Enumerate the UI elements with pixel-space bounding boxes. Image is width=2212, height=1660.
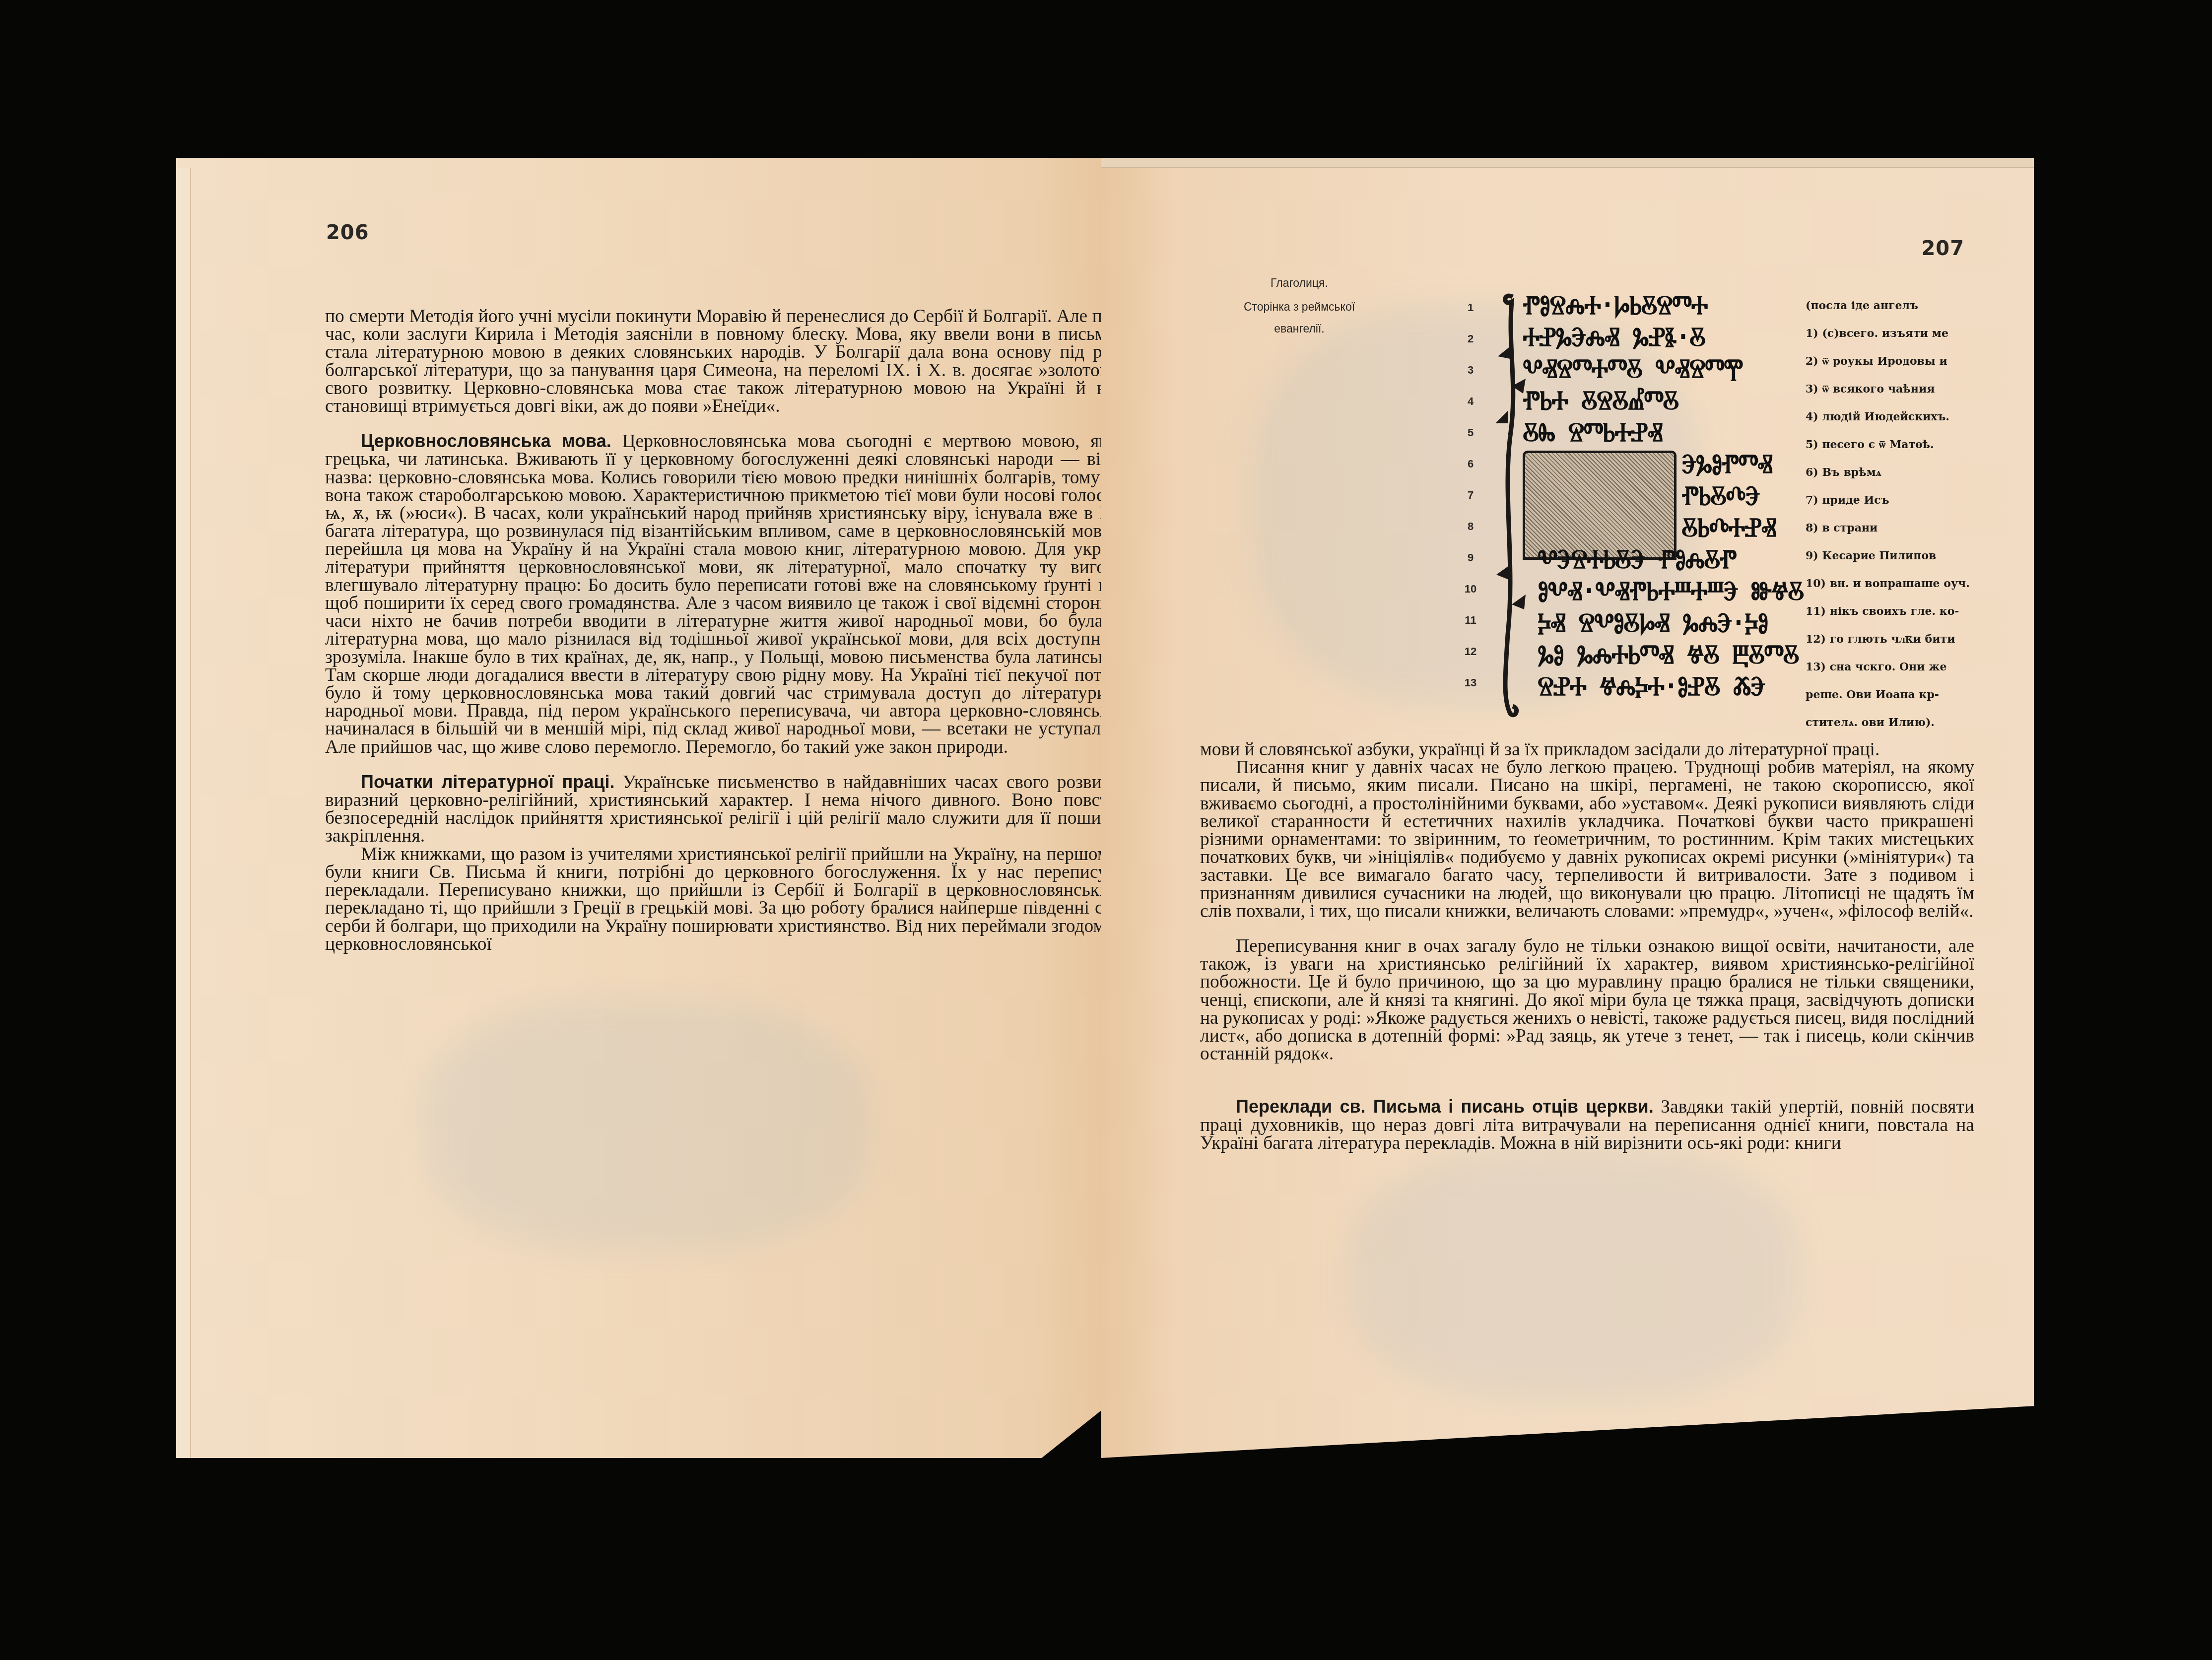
- open-book: 206 по смерти Методія його учні мусіли п…: [0, 0, 2212, 1660]
- section-heading: Переклади св. Письма і писань отців церк…: [1236, 1096, 1654, 1117]
- glagolitic-line: ⰍⰟ ⰔⰂⰑⰋⰘⰟ ⰃⰎⰅ·ⰍⰑ: [1538, 607, 1768, 638]
- page-number: 206: [326, 221, 369, 244]
- paragraph-text: Переписування книг в очах загалу було не…: [1200, 936, 1974, 1064]
- paragraph-text: по смерти Методія його учні мусіли покин…: [325, 306, 1164, 416]
- transcription-line: стителѧ. ови Илию).: [1806, 709, 1984, 736]
- line-number: 2: [1463, 323, 1478, 354]
- transcription-line: 2) ѿ роукы Иродовы и: [1806, 347, 1984, 375]
- line-number: 12: [1463, 636, 1478, 667]
- line-number: 7: [1463, 479, 1478, 511]
- glagolitic-line: ⰋⰈ ⰔⰕⰓⰀⰐⰟ: [1523, 417, 1662, 448]
- glagolitic-line: ⰃⰑ ⰃⰎⰀⰓⰕⰟ ⰝⰋ ⰁⰋⰕⰋ: [1538, 639, 1799, 670]
- line-number: 9: [1463, 542, 1478, 573]
- transcription-line: 1) (с)всего. изъяти ме: [1806, 320, 1984, 347]
- transcription-line: 9) Кесарие Пилипов: [1806, 542, 1984, 570]
- left-page-body: по смерти Методія його учні мусіли покин…: [325, 308, 1164, 953]
- transcription-line: 6) Въ врѣмѧ: [1806, 459, 1984, 486]
- glagolitic-line: ⰒⰓⰀ ⰋⰔⰋⰌⰕⰋ: [1523, 385, 1678, 416]
- glagolitic-text-image: ⰒⰑⰔⰎⰀ·ⰘⰓⰋⰔⰕⰀ ⰀⰐⰃⰅⰎⰟ ⰃⰐⰫ·Ⰻ ⰂⰟⰔⰕⰀⰕⰋ ⰂⰟⰔⰕⰉ …: [1483, 292, 1771, 719]
- transcription-line: 12) го глють чл͞ки бити: [1806, 625, 1984, 653]
- line-number: 4: [1463, 386, 1478, 417]
- glagolitic-line: ⰂⰟⰔⰕⰀⰕⰋ ⰂⰟⰔⰕⰉ: [1523, 353, 1743, 384]
- glagolitic-line: ⰒⰓⰋⰄⰅ: [1681, 480, 1759, 511]
- line-number: 6: [1463, 448, 1478, 479]
- figure-title: Глаголиця.: [1235, 272, 1364, 294]
- transcription-line: 5) несего є ѿ Матѳѣ.: [1806, 431, 1984, 459]
- paragraph: Переписування книг в очах загалу було не…: [1200, 937, 1974, 1063]
- glagolitic-line: ⰅⰃⰑⰒⰕⰟ: [1681, 449, 1772, 479]
- glagolitic-line: ⰔⰐⰀ ⰝⰎⰍⰀ·ⰑⰐⰋ ⰆⰅ: [1538, 671, 1765, 702]
- left-page: 206 по смерти Методія його учні мусіли п…: [176, 158, 1107, 1458]
- paragraph: Переклади св. Письма і писань отців церк…: [1200, 1098, 1974, 1152]
- transcription-line: 13) сна чскго. Они же: [1806, 653, 1984, 681]
- glagolitic-line: ⰋⰓⰄⰀⰐⰟ: [1681, 512, 1776, 543]
- paragraph-text: мови й словянської азбуки, українці й за…: [1200, 739, 1879, 760]
- line-number: 11: [1463, 604, 1478, 636]
- transcription-line: 3) ѿ всякого чаѣния: [1806, 375, 1984, 403]
- figure-caption: Глаголиця. Сторінка з реймської евангелі…: [1235, 272, 1364, 339]
- paragraph: мови й словянської азбуки, українці й за…: [1200, 741, 1974, 759]
- transcription-line: реше. Ови Иоана кр-: [1806, 681, 1984, 709]
- section-heading: Церковнословянська мова.: [361, 431, 611, 451]
- paragraph-text: Між книжками, що разом із учителями хрис…: [325, 844, 1164, 954]
- glagolitic-line: ⰒⰑⰔⰎⰀ·ⰘⰓⰋⰔⰕⰀ: [1523, 290, 1707, 321]
- section-heading: Початки літературної праці.: [361, 772, 614, 792]
- line-number: 8: [1463, 511, 1478, 542]
- paper-stain: [1349, 1150, 1796, 1398]
- glagolitic-manuscript-figure: Глаголиця. Сторінка з реймської евангелі…: [1235, 272, 1979, 729]
- paragraph: Церковнословянська мова. Церковнословянс…: [325, 432, 1164, 756]
- paragraph: по смерти Методія його учні мусіли покин…: [325, 308, 1164, 415]
- glagolitic-line: ⰑⰂⰟ·ⰂⰟⰒⰓⰀⰞⰀⰞⰅ ⰖⰝⰋ: [1538, 576, 1804, 606]
- paragraph: Між книжками, що разом із учителями хрис…: [325, 846, 1164, 953]
- glagolitic-line: ⰀⰐⰃⰅⰎⰟ ⰃⰐⰫ·Ⰻ: [1523, 322, 1705, 352]
- figure-description: Сторінка з реймської евангелії.: [1244, 300, 1355, 335]
- transcription-line: 11) ніκъ своихъ гле. ко-: [1806, 598, 1984, 625]
- transcription-line: 4) людій Июдейскихъ.: [1806, 403, 1984, 431]
- right-page: 207 Глаголиця. Сторінка з реймської еван…: [1101, 158, 2034, 1458]
- paragraph: Початки літературної праці. Українське п…: [325, 773, 1164, 846]
- paragraph-text: Писання книг у давніх часах не було легк…: [1200, 757, 1974, 922]
- line-number: 5: [1463, 417, 1478, 448]
- line-numbers: 1 2 3 4 5 6 7 8 9 10 11 12 13: [1463, 292, 1478, 698]
- paper-stain: [424, 1001, 871, 1250]
- transcription-line: 8) в страни: [1806, 514, 1984, 542]
- right-page-body: мови й словянської азбуки, українці й за…: [1200, 741, 1974, 1152]
- line-number: 3: [1463, 354, 1478, 386]
- page-number: 207: [1922, 237, 1965, 260]
- cyrillic-transcription: (посла іде ангелъ 1) (с)всего. изъяти ме…: [1806, 292, 1984, 736]
- line-number: 10: [1463, 573, 1478, 604]
- transcription-line: 10) вн. и вопрашаше оуч.: [1806, 570, 1984, 598]
- paragraph: Писання книг у давніх часах не було легк…: [1200, 759, 1974, 921]
- line-number: 13: [1463, 667, 1478, 698]
- glagolitic-line: ⰂⰅⰔⰀⰓⰋⰅ ⰒⰑⰎⰋⰒ: [1538, 544, 1736, 575]
- paragraph-text: Церковнословянська мова сьогодні є мертв…: [325, 431, 1164, 757]
- transcription-line: 7) приде Исъ: [1806, 486, 1984, 514]
- page-edges: [176, 168, 191, 1458]
- page-edges: [1101, 158, 2034, 168]
- transcription-line: (посла іде ангелъ: [1806, 292, 1984, 320]
- line-number: 1: [1463, 292, 1478, 323]
